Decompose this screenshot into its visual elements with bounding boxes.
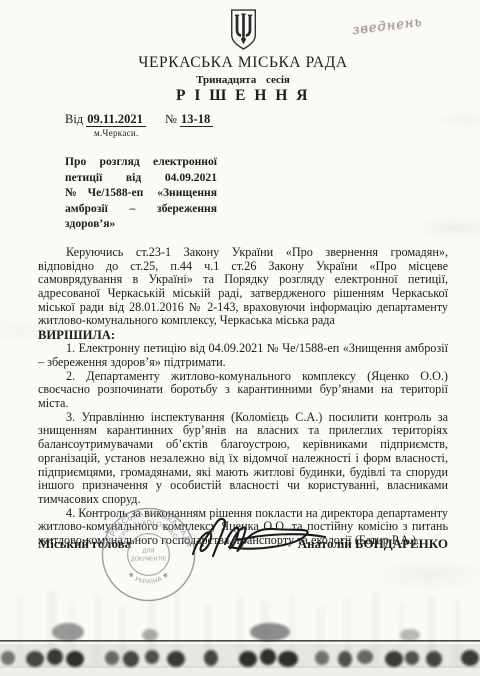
resolved-label: ВИРІШИЛА: <box>38 328 448 342</box>
subject-block: Про розгляд електронної петиції від 04.0… <box>65 154 217 232</box>
city-line: м.Черкаси. <box>94 128 448 138</box>
document-page: зведнень ЧЕРКАСЬКА МІСЬКА РАДА Тринадцят… <box>0 0 480 676</box>
document-content: ЧЕРКАСЬКА МІСЬКА РАДА Тринадцята сесія Р… <box>38 0 448 548</box>
stamp-center-line1: ДЛЯ <box>143 549 155 555</box>
resolution-item-1: 1. Електронну петицію від 04.09.2021 № Ч… <box>38 342 448 369</box>
scan-artifact-band <box>0 556 480 676</box>
date-number-line: Від 09.11.2021 № 13-18 <box>65 112 448 127</box>
council-name: ЧЕРКАСЬКА МІСЬКА РАДА <box>38 54 448 72</box>
session-line: Тринадцята сесія <box>38 74 448 86</box>
decision-number: 13-18 <box>180 112 213 127</box>
ukraine-trident-icon <box>227 8 260 51</box>
document-type-title: Р І Ш Е Н Н Я <box>38 87 448 105</box>
date-prefix-label: Від <box>65 112 83 126</box>
number-sign: № <box>165 112 177 126</box>
decision-date: 09.11.2021 <box>86 112 146 127</box>
resolution-item-3: 3. Управлінню інспектування (Коломієць С… <box>38 411 448 507</box>
preamble-paragraph: Керуючись ст.23-1 Закону України «Про зв… <box>38 246 448 328</box>
resolution-item-2: 2. Департаменту житлово-комунального ком… <box>38 370 448 411</box>
